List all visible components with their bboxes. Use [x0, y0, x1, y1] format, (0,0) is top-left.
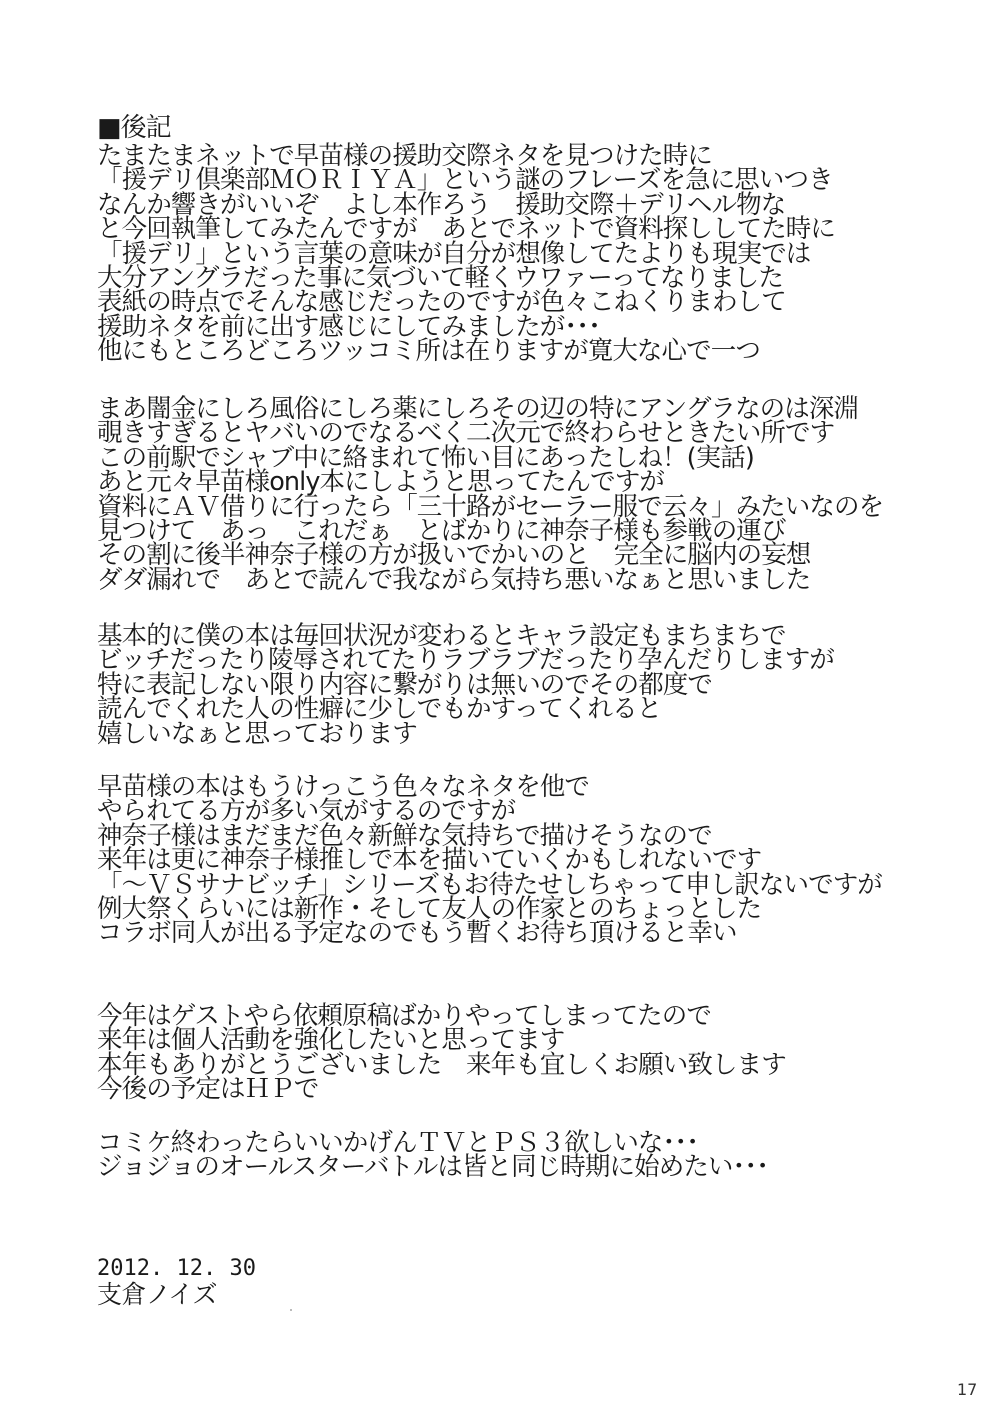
paragraph-3: 基本的に僕の本は毎回状況が変わるとキャラ設定もまちまちで ビッチだったり陵辱され… — [97, 624, 834, 746]
paragraph-1: たまたまネットで早苗様の援助交際ネタを見つけた時に 「援デリ倶楽部ＭＯＲＩＹＡ」… — [97, 144, 835, 364]
paragraph-5: 今年はゲストやら依頼原稿ばかりやってしまってたので 来年は個人活動を強化したいと… — [97, 1004, 786, 1102]
text-line: 今後の予定はＨＰで — [97, 1077, 786, 1101]
speck-decoration — [290, 1309, 292, 1311]
text-line: 来年は更に神奈子様推しで本を描いていくかもしれないです — [97, 848, 882, 872]
afterword-heading: ■後記 — [97, 113, 171, 143]
page-number: 17 — [957, 1380, 977, 1400]
text-line: 嬉しいなぁと思っております — [97, 722, 834, 746]
text-line: 他にもところどころツッコミ所は在りますが寛大な心で一つ — [97, 339, 835, 363]
paragraph-2: まあ闇金にしろ風俗にしろ薬にしろその辺の特にアングラなのは深淵 覗きすぎるとヤバ… — [97, 397, 883, 592]
afterword-page: ■後記 たまたまネットで早苗様の援助交際ネタを見つけた時に 「援デリ倶楽部ＭＯＲ… — [0, 0, 1000, 1420]
signature-author: 支倉ノイズ — [97, 1281, 217, 1309]
text-line: ジョジョのオールスターバトルは皆と同じ時期に始めたい･･･ — [97, 1155, 768, 1179]
text-line: ダダ漏れで あとで読んで我ながら気持ち悪いなぁと思いました — [97, 568, 883, 592]
paragraph-4: 早苗様の本はもうけっこう色々なネタを他で やられてる方が多い気がするのですが 神… — [97, 775, 882, 946]
paragraph-6: コミケ終わったらいいかげんＴＶとＰＳ３欲しいな･･･ ジョジョのオールスターバト… — [97, 1131, 768, 1180]
signature-date: 2012. 12. 30 — [97, 1256, 256, 1282]
text-line: と今回執筆してみたんですが あとでネットで資料探ししてた時に — [97, 217, 835, 241]
text-line: コラボ同人が出る予定なのでもう暫くお待ち頂けると幸い — [97, 921, 882, 945]
text-line: 読んでくれた人の性癖に少しでもかすってくれると — [97, 697, 834, 721]
text-line: あと元々早苗様only本にしようと思ってたんですが — [97, 470, 883, 494]
